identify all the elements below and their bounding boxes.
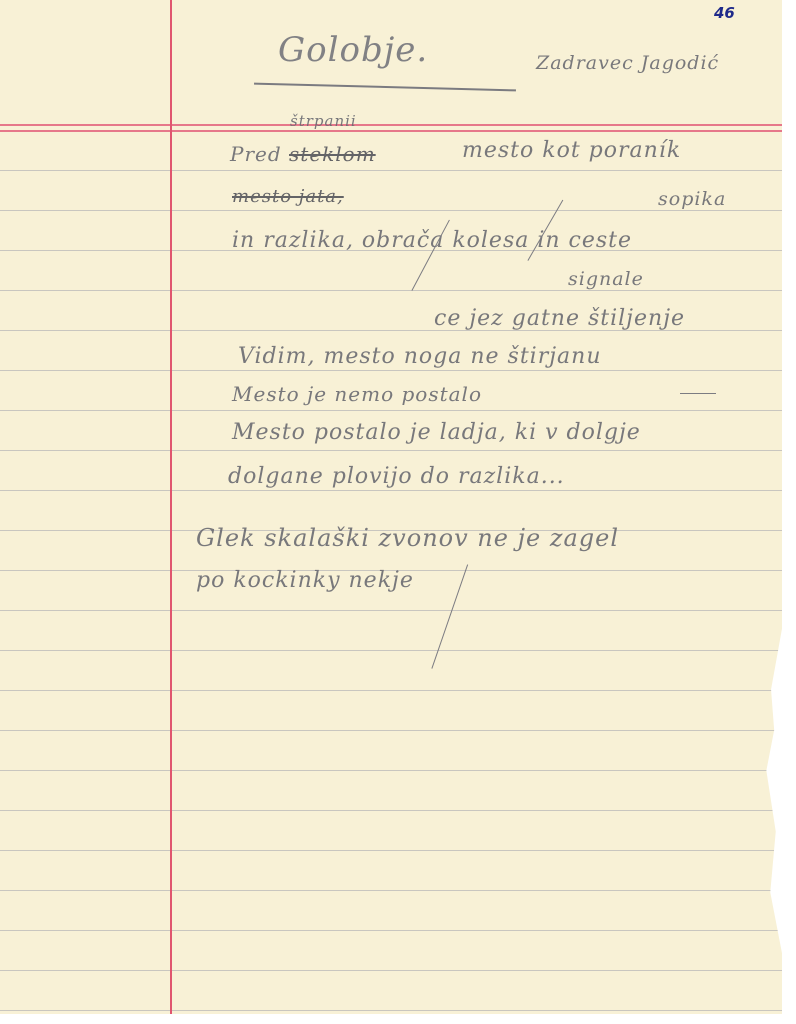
header-red-line-2 bbox=[0, 130, 782, 132]
handwritten-insert-3: signale bbox=[568, 268, 644, 290]
handwritten-line-10: po kockinky nekje bbox=[196, 568, 414, 593]
handwritten-line-1: Pred steklom bbox=[230, 142, 376, 166]
pencil-descender-stroke bbox=[431, 564, 468, 668]
handwritten-line-9: Glek skalaški zvonov ne je zagel bbox=[196, 524, 619, 552]
handwritten-line-7: Mesto postalo je ladja, ki v dolgje bbox=[232, 420, 641, 445]
manuscript-author: Zadravec Jagodić bbox=[536, 52, 719, 74]
handwritten-insert-2: sopika bbox=[658, 188, 726, 210]
handwritten-line-4: ce jez gatne štiljenje bbox=[434, 306, 685, 331]
line-1-struck-text: steklom bbox=[289, 142, 376, 166]
handwritten-line-2-struck: mesto jata, bbox=[232, 186, 344, 207]
line-1-text: Pred bbox=[230, 142, 282, 166]
handwritten-line-5: Vidim, mesto noga ne štirjanu bbox=[238, 344, 602, 369]
handwritten-line-6: Mesto je nemo postalo bbox=[232, 382, 482, 406]
margin-red-line bbox=[170, 0, 172, 1014]
handwritten-line-8: dolgane plovijo do razlika... bbox=[228, 464, 565, 489]
handwritten-insert-1: štrpanii bbox=[290, 112, 357, 130]
manuscript-title: Golobje. bbox=[278, 30, 428, 70]
pencil-dash-stroke bbox=[680, 393, 716, 394]
page-number: 46 bbox=[714, 4, 735, 22]
header-red-line-1 bbox=[0, 124, 782, 126]
handwritten-line-1b: mesto kot poraník bbox=[462, 138, 681, 163]
lined-paper-sheet: 46 Golobje. Zadravec Jagodić štrpanii Pr… bbox=[0, 0, 782, 1014]
